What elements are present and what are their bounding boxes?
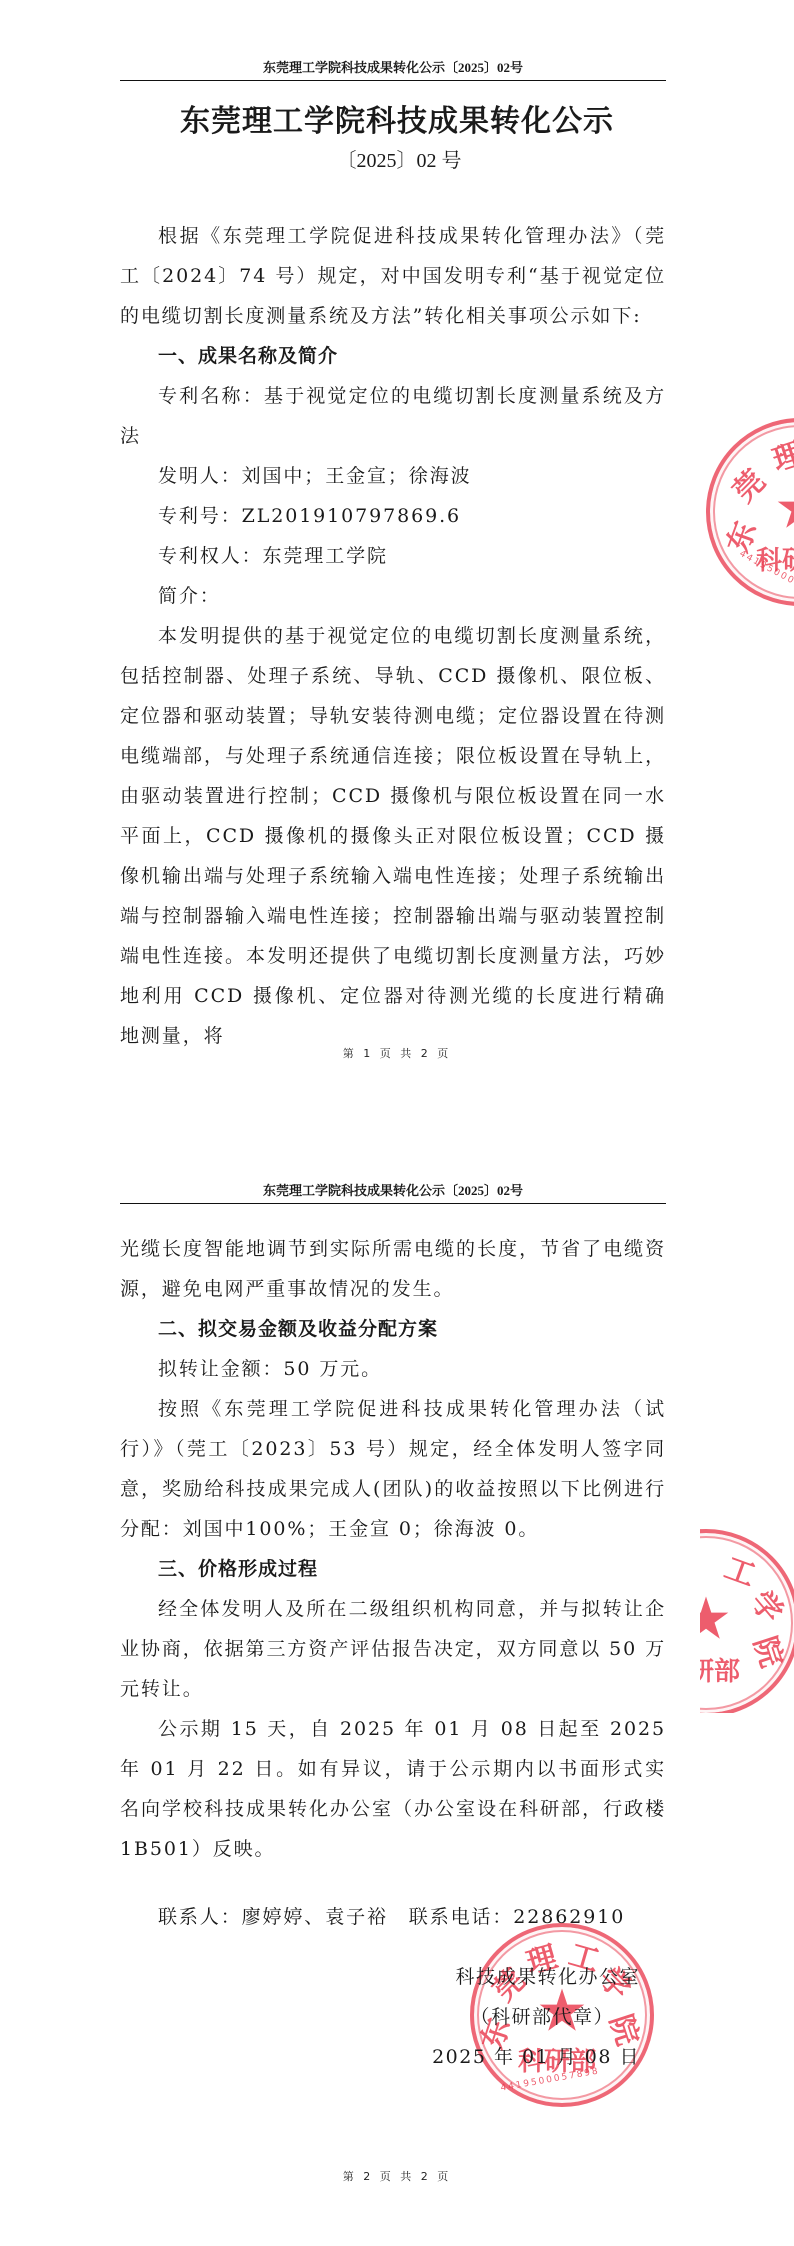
seal-note: （科研部代章） — [420, 1997, 640, 2037]
running-header: 东莞理工学院科技成果转化公示〔2025〕02号 — [120, 57, 666, 76]
price-process-paragraph: 经全体发明人及所在二级组织机构同意，并与拟转让企业协商，依据第三方资产评估报告决… — [120, 1589, 666, 1709]
header-rule — [120, 80, 666, 81]
summary-continued: 光缆长度智能地调节到实际所需电缆的长度，节省了电缆资源，避免电网严重事故情况的发… — [120, 1229, 666, 1309]
header-rule — [120, 1203, 666, 1204]
document-number: 〔2025〕02 号 — [0, 144, 794, 173]
patent-name: 专利名称：基于视觉定位的电缆切割长度测量系统及方法 — [120, 376, 666, 456]
running-header: 东莞理工学院科技成果转化公示〔2025〕02号 — [120, 1180, 666, 1199]
intro-paragraph: 根据《东莞理工学院促进科技成果转化管理办法》（莞工〔2024〕74 号）规定，对… — [120, 216, 666, 336]
publicity-paragraph: 公示期 15 天，自 2025 年 01 月 08 日起至 2025 年 01 … — [120, 1709, 666, 1869]
seal-partial-page-1: 东 莞 理 ★ 科研部 4419500057898 — [690, 410, 794, 610]
page-2-footer: 第 2 页 共 2 页 — [0, 2168, 794, 2184]
section-1-heading: 一、成果名称及简介 — [120, 336, 666, 376]
section-2-heading: 二、拟交易金额及收益分配方案 — [120, 1309, 666, 1349]
section-3-heading: 三、价格形成过程 — [120, 1549, 666, 1589]
transfer-amount: 拟转让金额：50 万元。 — [120, 1349, 666, 1389]
signature-block: 科技成果转化办公室 （科研部代章） 2025 年 01 月 08 日 — [420, 1957, 640, 2077]
distribution-paragraph: 按照《东莞理工学院促进科技成果转化管理办法（试行）》（莞工〔2023〕53 号）… — [120, 1389, 666, 1549]
official-seal: 工 学 院 ★ 科研部 — [700, 1529, 794, 1713]
page-1-footer: 第 1 页 共 2 页 — [0, 1045, 794, 1061]
patentee: 专利权人：东莞理工学院 — [120, 536, 666, 576]
page-1-body: 根据《东莞理工学院促进科技成果转化管理办法》（莞工〔2024〕74 号）规定，对… — [120, 216, 666, 1056]
page-2-body: 光缆长度智能地调节到实际所需电缆的长度，节省了电缆资源，避免电网严重事故情况的发… — [120, 1229, 666, 1937]
signing-office: 科技成果转化办公室 — [420, 1957, 640, 1997]
seal-star-icon: ★ — [774, 478, 794, 536]
patent-number: 专利号：ZL201910797869.6 — [120, 496, 666, 536]
official-seal: 东 莞 理 ★ 科研部 4419500057898 — [706, 418, 794, 606]
summary-paragraph: 本发明提供的基于视觉定位的电缆切割长度测量系统，包括控制器、处理子系统、导轨、C… — [120, 616, 666, 1056]
page-2: 东莞理工学院科技成果转化公示〔2025〕02号 光缆长度智能地调节到实际所需电缆… — [0, 1123, 794, 2246]
seal-number: 4419500057898 — [738, 549, 794, 605]
summary-label: 简介： — [120, 576, 666, 616]
page-1: 东莞理工学院科技成果转化公示〔2025〕02号 东莞理工学院科技成果转化公示 〔… — [0, 0, 794, 1123]
document-title: 东莞理工学院科技成果转化公示 — [0, 96, 794, 140]
seal-star-icon: ★ — [700, 1589, 732, 1647]
inventors: 发明人：刘国中；王金宣；徐海波 — [120, 456, 666, 496]
signing-date: 2025 年 01 月 08 日 — [420, 2037, 640, 2077]
seal-bottom-text: 科研部 — [756, 540, 794, 577]
contact-line: 联系人：廖婷婷、袁子裕 联系电话：22862910 — [120, 1897, 666, 1937]
seal-partial-page-2: 工 学 院 ★ 科研部 — [700, 1523, 794, 1713]
